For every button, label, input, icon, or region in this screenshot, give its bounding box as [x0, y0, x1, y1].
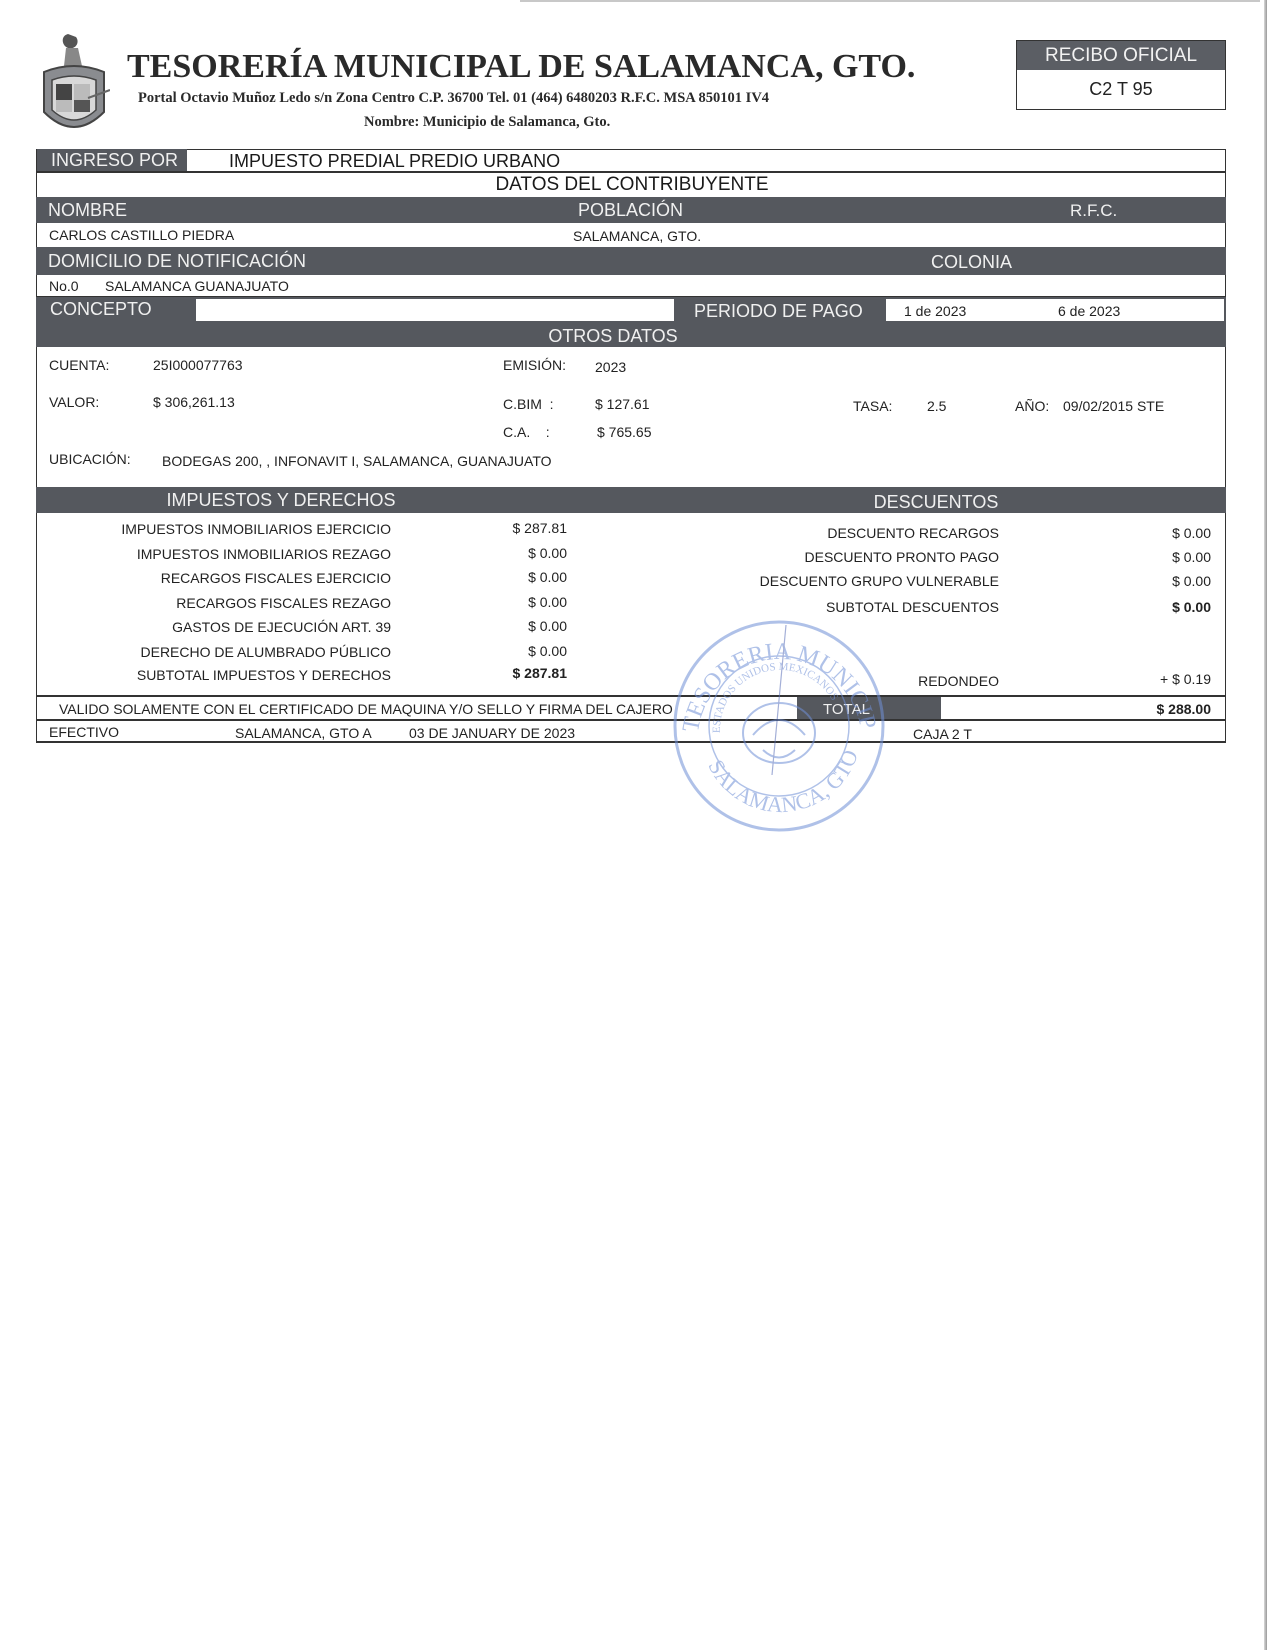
- ingreso-label: INGRESO POR: [37, 149, 187, 171]
- page-top-edge: [520, 0, 1260, 2]
- contribuyente-poblacion: SALAMANCA, GTO.: [573, 223, 701, 249]
- descuentos-subtotal: $ 0.00: [1172, 599, 1211, 615]
- contribuyente-section-title: DATOS DEL CONTRIBUYENTE: [37, 173, 1227, 197]
- impuesto-amount: $ 0.00: [528, 594, 567, 610]
- impuestos-subtotal: $ 287.81: [513, 665, 568, 681]
- impuesto-label: IMPUESTOS INMOBILIARIOS REZAGO: [137, 546, 391, 562]
- descuentos-subtotal-label: SUBTOTAL DESCUENTOS: [826, 599, 999, 615]
- descuento-amount: $ 0.00: [1172, 525, 1211, 541]
- contribuyente-values-row: CARLOS CASTILLO PIEDRA SALAMANCA, GTO.: [36, 223, 1226, 247]
- caja: CAJA 2 T: [913, 721, 972, 747]
- poblacion-header: POBLACIÓN: [578, 197, 683, 223]
- nombre-header: NOMBRE: [48, 197, 127, 223]
- concepto-row: CONCEPTO PERIODO DE PAGO 1 de 2023 6 de …: [36, 297, 1226, 323]
- cbim-label: C.BIM :: [503, 396, 554, 412]
- impuesto-amount: $ 0.00: [528, 569, 567, 585]
- ingreso-row: INGRESO POR IMPUESTO PREDIAL PREDIO URBA…: [36, 149, 1226, 171]
- domicilio-numero: No.0: [49, 275, 79, 297]
- rfc-header: R.F.C.: [1070, 197, 1117, 225]
- receipt-label: RECIBO OFICIAL: [1017, 41, 1225, 70]
- ca-label: C.A. :: [503, 424, 550, 440]
- domicilio-value: SALAMANCA GUANAJUATO: [105, 275, 289, 297]
- impuestos-descuentos-header: IMPUESTOS Y DERECHOS DESCUENTOS: [36, 487, 1226, 513]
- lugar: SALAMANCA, GTO A: [235, 721, 372, 745]
- periodo-label: PERIODO DE PAGO: [694, 297, 863, 325]
- redondeo-label: REDONDEO: [918, 673, 999, 689]
- ubicacion-label: UBICACIÓN:: [49, 451, 131, 467]
- domicilio-values-row: No.0 SALAMANCA GUANAJUATO: [36, 275, 1226, 297]
- valor-label: VALOR:: [49, 394, 99, 410]
- impuesto-label: DERECHO DE ALUMBRADO PÚBLICO: [141, 644, 392, 660]
- impuesto-amount: $ 0.00: [528, 643, 567, 659]
- page-right-edge: [1264, 0, 1267, 1650]
- tasa-label: TASA:: [853, 398, 892, 414]
- contribuyente-nombre: CARLOS CASTILLO PIEDRA: [49, 223, 234, 247]
- page-title: TESORERÍA MUNICIPAL DE SALAMANCA, GTO.: [127, 48, 915, 86]
- ubicacion-value: BODEGAS 200, , INFONAVIT I, SALAMANCA, G…: [162, 453, 552, 469]
- validez-note: VALIDO SOLAMENTE CON EL CERTIFICADO DE M…: [59, 697, 673, 721]
- impuesto-amount: $ 0.00: [528, 545, 567, 561]
- anio-value: 09/02/2015 STE: [1063, 398, 1164, 414]
- cuenta-value: 25I000077763: [153, 357, 243, 373]
- anio-label: AÑO:: [1015, 398, 1049, 414]
- impuesto-amount: $ 287.81: [513, 520, 568, 536]
- fecha: 03 DE JANUARY DE 2023: [409, 721, 575, 745]
- impuesto-label: GASTOS DE EJECUCIÓN ART. 39: [172, 619, 391, 635]
- domicilio-header: DOMICILIO DE NOTIFICACIÓN: [48, 247, 306, 275]
- cbim-value: $ 127.61: [595, 396, 650, 412]
- issuer-address: Portal Octavio Muñoz Ledo s/n Zona Centr…: [138, 90, 769, 107]
- contribuyente-title-row: DATOS DEL CONTRIBUYENTE: [36, 173, 1226, 197]
- redondeo-value: + $ 0.19: [1160, 671, 1211, 687]
- concepto-value: [196, 299, 674, 321]
- domicilio-header-row: DOMICILIO DE NOTIFICACIÓN COLONIA: [36, 247, 1226, 275]
- emision-label: EMISIÓN:: [503, 357, 566, 373]
- impuestos-descuentos-body: IMPUESTOS INMOBILIARIOS EJERCICIO$ 287.8…: [36, 513, 1226, 697]
- receipt-number: C2 T 95: [1017, 70, 1225, 108]
- periodo-hasta: 6 de 2023: [1058, 299, 1120, 323]
- valor-value: $ 306,261.13: [153, 394, 235, 410]
- tasa-value: 2.5: [927, 398, 946, 414]
- coat-of-arms-icon: [38, 32, 110, 142]
- payment-row: EFECTIVO SALAMANCA, GTO A 03 DE JANUARY …: [36, 721, 1226, 743]
- impuesto-amount: $ 0.00: [528, 618, 567, 634]
- otros-datos-header: OTROS DATOS: [36, 323, 1226, 347]
- otros-datos-title: OTROS DATOS: [36, 323, 1190, 349]
- cuenta-label: CUENTA:: [49, 357, 109, 373]
- issuer-name: Nombre: Municipio de Salamanca, Gto.: [364, 114, 610, 131]
- concepto-label: CONCEPTO: [36, 297, 192, 323]
- total-value: $ 288.00: [1157, 697, 1212, 721]
- descuento-label: DESCUENTO RECARGOS: [827, 525, 999, 541]
- total-row: VALIDO SOLAMENTE CON EL CERTIFICADO DE M…: [36, 697, 1226, 719]
- official-seal-stamp-icon: TESORERIA MUNICIPAL ESTADOS UNIDOS MEXIC…: [668, 615, 890, 837]
- impuesto-label: RECARGOS FISCALES REZAGO: [176, 595, 391, 611]
- colonia-header: COLONIA: [931, 247, 1012, 277]
- impuesto-label: IMPUESTOS INMOBILIARIOS EJERCICIO: [121, 521, 391, 537]
- ca-value: $ 765.65: [597, 424, 652, 440]
- descuento-amount: $ 0.00: [1172, 573, 1211, 589]
- impuesto-label: RECARGOS FISCALES EJERCICIO: [161, 570, 391, 586]
- impuestos-subtotal-label: SUBTOTAL IMPUESTOS Y DERECHOS: [137, 667, 391, 683]
- receipt-number-box: RECIBO OFICIAL C2 T 95: [1016, 40, 1226, 110]
- otros-datos-body: CUENTA: 25I000077763 EMISIÓN: 2023 VALOR…: [36, 347, 1226, 487]
- descuento-amount: $ 0.00: [1172, 549, 1211, 565]
- impuestos-title: IMPUESTOS Y DERECHOS: [36, 487, 526, 513]
- ingreso-value: IMPUESTO PREDIAL PREDIO URBANO: [229, 150, 560, 172]
- emision-value: 2023: [595, 359, 626, 375]
- descuento-label: DESCUENTO GRUPO VULNERABLE: [760, 573, 999, 589]
- periodo-desde: 1 de 2023: [904, 299, 966, 323]
- forma-pago: EFECTIVO: [49, 721, 119, 743]
- descuento-label: DESCUENTO PRONTO PAGO: [805, 549, 999, 565]
- contribuyente-header-row: NOMBRE POBLACIÓN R.F.C.: [36, 197, 1226, 223]
